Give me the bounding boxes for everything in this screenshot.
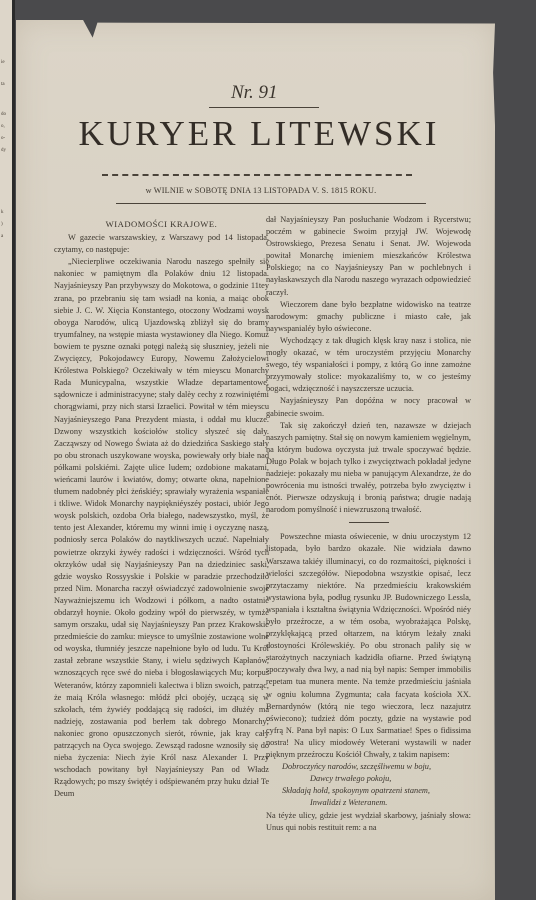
paragraph: Tak się zakończył dzień ten, nazawsze w …	[266, 420, 471, 517]
paragraph: dał Nayjaśnieyszy Pan posłuchanie Wodzom…	[266, 214, 471, 299]
verse-line: Inwalidzi z Weteranem.	[266, 797, 471, 809]
divider	[102, 174, 412, 176]
paragraph: Powszechne miasta oświecenie, w dniu uro…	[266, 531, 471, 761]
paragraph: Nayjaśnieyszy Pan dopóźna w nocy pracowa…	[266, 395, 471, 419]
section-divider	[349, 522, 389, 523]
verse-line: Dawcy trwałego pokoju,	[266, 773, 471, 785]
section-title: WIADOMOŚCI KRAJOWE.	[54, 218, 269, 230]
paragraph: „Niecierpliwe oczekiwania Narodu naszego…	[54, 256, 269, 800]
left-column: WIADOMOŚCI KRAJOWE. W gazecie warszawski…	[54, 214, 269, 801]
right-column: dał Nayjaśnieyszy Pan posłuchanie Wodzom…	[266, 214, 471, 834]
paragraph: Wieczorem dane było bezpłatne widowisko …	[266, 299, 471, 335]
paragraph: Na téyże ulicy, gdzie jest wydział skarb…	[266, 810, 471, 834]
issue-number: Nr. 91	[231, 82, 277, 104]
newspaper-page: Nr. 91 KURYER LITEWSKI w WILNIE w SOBOTĘ…	[16, 20, 495, 900]
dateline: w WILNIE w SOBOTĘ DNIA 13 LISTOPADA V. S…	[116, 186, 406, 195]
divider	[209, 107, 319, 108]
paragraph: W gazecie warszawskiey, z Warszawy pod 1…	[54, 232, 269, 256]
masthead-title: KURYER LITEWSKI	[64, 114, 454, 154]
verse-line: Składają hołd, spokoynym opatrzeni stane…	[266, 785, 471, 797]
verse-line: Dobroczyńcy narodów, szczęśliwemu w boju…	[266, 761, 471, 773]
adjacent-page-edge: ie ta do o, o- dy k ) a	[0, 0, 15, 900]
paragraph: Wychodzący z tak długich klęsk kray nasz…	[266, 335, 471, 395]
divider	[116, 203, 426, 204]
